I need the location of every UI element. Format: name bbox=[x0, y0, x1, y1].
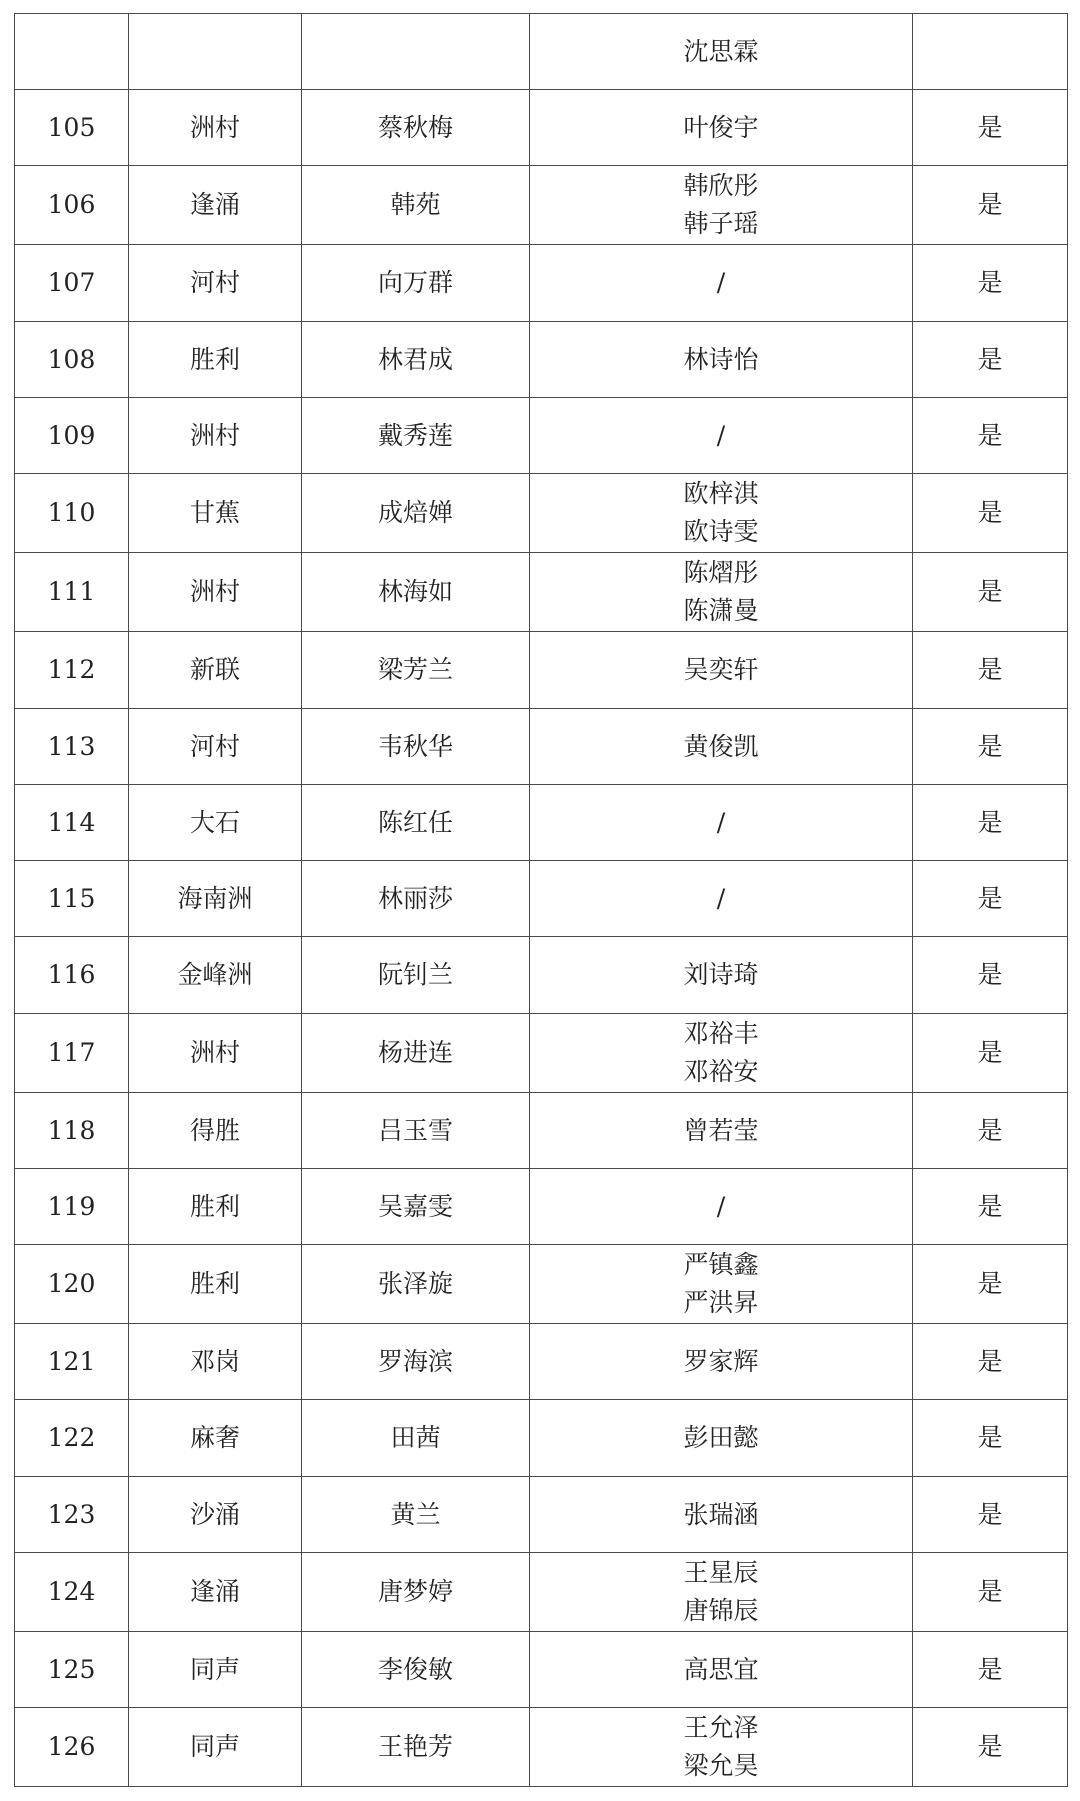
cell-flag: 是 bbox=[913, 632, 1068, 709]
cell-children: 韩欣彤韩子瑶 bbox=[530, 166, 913, 245]
cell-children: 刘诗琦 bbox=[530, 937, 913, 1014]
roster-table: 沈思霖 105洲村蔡秋梅叶俊宇是106逢涌韩苑韩欣彤韩子瑶是107河村向万群/是… bbox=[14, 13, 1068, 1787]
cell-village: 金峰洲 bbox=[129, 937, 302, 1014]
cell-flag: 是 bbox=[913, 1708, 1068, 1787]
table-row: 118得胜吕玉雪曾若莹是 bbox=[15, 1093, 1068, 1169]
child-name: 欧诗雯 bbox=[530, 513, 912, 551]
cell-name: 陈红任 bbox=[302, 785, 530, 861]
cell-flag: 是 bbox=[913, 785, 1068, 861]
cell-village: 邓岗 bbox=[129, 1324, 302, 1400]
cell-name: 张泽旋 bbox=[302, 1245, 530, 1324]
cell-village: 洲村 bbox=[129, 1014, 302, 1093]
cell-children: 严镇鑫严洪昇 bbox=[530, 1245, 913, 1324]
cell-no: 119 bbox=[15, 1169, 129, 1245]
table-row: 105洲村蔡秋梅叶俊宇是 bbox=[15, 90, 1068, 166]
cell-name: 杨进连 bbox=[302, 1014, 530, 1093]
table-row: 120胜利张泽旋严镇鑫严洪昇是 bbox=[15, 1245, 1068, 1324]
cell-flag: 是 bbox=[913, 709, 1068, 785]
child-name: 严洪昇 bbox=[530, 1284, 912, 1322]
cell-no: 113 bbox=[15, 709, 129, 785]
cell-children: / bbox=[530, 398, 913, 474]
table-row: 107河村向万群/是 bbox=[15, 245, 1068, 322]
cell-children: 黄俊凯 bbox=[530, 709, 913, 785]
cell-village: 河村 bbox=[129, 709, 302, 785]
table-row: 111洲村林海如陈熠彤陈潇曼是 bbox=[15, 553, 1068, 632]
cell-children: 欧梓淇欧诗雯 bbox=[530, 474, 913, 553]
cell-name: 吴嘉雯 bbox=[302, 1169, 530, 1245]
table-row: 125同声李俊敏高思宜是 bbox=[15, 1632, 1068, 1708]
cell-children: 彭田懿 bbox=[530, 1400, 913, 1477]
cell-no: 120 bbox=[15, 1245, 129, 1324]
cell-name: 唐梦婷 bbox=[302, 1553, 530, 1632]
table-row: 124逢涌唐梦婷王星辰唐锦辰是 bbox=[15, 1553, 1068, 1632]
cell-name: 林君成 bbox=[302, 322, 530, 398]
table-row: 112新联梁芳兰吴奕轩是 bbox=[15, 632, 1068, 709]
cell-village: 大石 bbox=[129, 785, 302, 861]
cell-children: 王允泽梁允昊 bbox=[530, 1708, 913, 1787]
cell-name: 阮钊兰 bbox=[302, 937, 530, 1014]
cell-village: 胜利 bbox=[129, 1169, 302, 1245]
cell-no: 124 bbox=[15, 1553, 129, 1632]
table-row: 122麻奢田茜彭田懿是 bbox=[15, 1400, 1068, 1477]
cell-name: 林丽莎 bbox=[302, 861, 530, 937]
child-name: 陈熠彤 bbox=[530, 554, 912, 592]
cell-name: 韩苑 bbox=[302, 166, 530, 245]
cell-village: 甘蕉 bbox=[129, 474, 302, 553]
cell-name: 向万群 bbox=[302, 245, 530, 322]
cell-flag: 是 bbox=[913, 1632, 1068, 1708]
cell-children: / bbox=[530, 1169, 913, 1245]
cell-flag: 是 bbox=[913, 553, 1068, 632]
cell-village: 洲村 bbox=[129, 90, 302, 166]
cell-flag: 是 bbox=[913, 1245, 1068, 1324]
cell-flag: 是 bbox=[913, 1400, 1068, 1477]
cell-no: 110 bbox=[15, 474, 129, 553]
cell-no: 125 bbox=[15, 1632, 129, 1708]
cell-no: 115 bbox=[15, 861, 129, 937]
cell-no: 114 bbox=[15, 785, 129, 861]
cell-children: / bbox=[530, 785, 913, 861]
cell-no bbox=[15, 14, 129, 90]
table-row: 114大石陈红任/是 bbox=[15, 785, 1068, 861]
cell-village: 逢涌 bbox=[129, 166, 302, 245]
cell-children: 陈熠彤陈潇曼 bbox=[530, 553, 913, 632]
cell-name: 田茜 bbox=[302, 1400, 530, 1477]
table-row: 109洲村戴秀莲/是 bbox=[15, 398, 1068, 474]
child-name: 吴奕轩 bbox=[530, 651, 912, 689]
table-row: 108胜利林君成林诗怡是 bbox=[15, 322, 1068, 398]
cell-no: 118 bbox=[15, 1093, 129, 1169]
cell-village: 洲村 bbox=[129, 553, 302, 632]
cell-name: 罗海滨 bbox=[302, 1324, 530, 1400]
child-name: 高思宜 bbox=[530, 1651, 912, 1689]
child-name: 韩子瑶 bbox=[530, 205, 912, 243]
cell-no: 126 bbox=[15, 1708, 129, 1787]
child-name: / bbox=[530, 417, 912, 455]
cell-village: 胜利 bbox=[129, 322, 302, 398]
cell-name: 吕玉雪 bbox=[302, 1093, 530, 1169]
cell-flag: 是 bbox=[913, 1553, 1068, 1632]
cell-village bbox=[129, 14, 302, 90]
child-name: / bbox=[530, 804, 912, 842]
cell-name: 梁芳兰 bbox=[302, 632, 530, 709]
cell-village: 胜利 bbox=[129, 1245, 302, 1324]
table-row: 117洲村杨进连邓裕丰邓裕安是 bbox=[15, 1014, 1068, 1093]
table-row: 121邓岗罗海滨罗家辉是 bbox=[15, 1324, 1068, 1400]
table-row: 126同声王艳芳王允泽梁允昊是 bbox=[15, 1708, 1068, 1787]
child-name: 林诗怡 bbox=[530, 341, 912, 379]
cell-village: 得胜 bbox=[129, 1093, 302, 1169]
child-name: 唐锦辰 bbox=[530, 1592, 912, 1630]
child-name: 刘诗琦 bbox=[530, 956, 912, 994]
child-name: 欧梓淇 bbox=[530, 475, 912, 513]
child-name: 张瑞涵 bbox=[530, 1496, 912, 1534]
cell-no: 112 bbox=[15, 632, 129, 709]
cell-flag: 是 bbox=[913, 861, 1068, 937]
cell-children: 吴奕轩 bbox=[530, 632, 913, 709]
cell-flag: 是 bbox=[913, 322, 1068, 398]
cell-flag: 是 bbox=[913, 398, 1068, 474]
child-name: 叶俊宇 bbox=[530, 109, 912, 147]
table-row: 113河村韦秋华黄俊凯是 bbox=[15, 709, 1068, 785]
cell-name: 韦秋华 bbox=[302, 709, 530, 785]
cell-children: / bbox=[530, 861, 913, 937]
cell-name bbox=[302, 14, 530, 90]
cell-flag bbox=[913, 14, 1068, 90]
cell-village: 逢涌 bbox=[129, 1553, 302, 1632]
cell-children: 王星辰唐锦辰 bbox=[530, 1553, 913, 1632]
cell-no: 106 bbox=[15, 166, 129, 245]
cell-children: 邓裕丰邓裕安 bbox=[530, 1014, 913, 1093]
cell-flag: 是 bbox=[913, 166, 1068, 245]
cell-children: 曾若莹 bbox=[530, 1093, 913, 1169]
cell-flag: 是 bbox=[913, 937, 1068, 1014]
cell-village: 海南洲 bbox=[129, 861, 302, 937]
cell-no: 122 bbox=[15, 1400, 129, 1477]
child-name: / bbox=[530, 1188, 912, 1226]
cell-children: 林诗怡 bbox=[530, 322, 913, 398]
cell-children: 高思宜 bbox=[530, 1632, 913, 1708]
cell-flag: 是 bbox=[913, 1477, 1068, 1553]
cell-children: 罗家辉 bbox=[530, 1324, 913, 1400]
cell-children: 叶俊宇 bbox=[530, 90, 913, 166]
cell-no: 121 bbox=[15, 1324, 129, 1400]
cell-name: 黄兰 bbox=[302, 1477, 530, 1553]
cell-name: 王艳芳 bbox=[302, 1708, 530, 1787]
cell-name: 戴秀莲 bbox=[302, 398, 530, 474]
child-name: 梁允昊 bbox=[530, 1747, 912, 1785]
roster-table-body: 沈思霖 105洲村蔡秋梅叶俊宇是106逢涌韩苑韩欣彤韩子瑶是107河村向万群/是… bbox=[15, 14, 1068, 1787]
cell-flag: 是 bbox=[913, 90, 1068, 166]
cell-name: 林海如 bbox=[302, 553, 530, 632]
cell-no: 108 bbox=[15, 322, 129, 398]
cell-village: 洲村 bbox=[129, 398, 302, 474]
table-row: 119胜利吴嘉雯/是 bbox=[15, 1169, 1068, 1245]
table-row: 110甘蕉成焙婵欧梓淇欧诗雯是 bbox=[15, 474, 1068, 553]
child-name: 沈思霖 bbox=[530, 33, 912, 71]
cell-no: 117 bbox=[15, 1014, 129, 1093]
cell-village: 沙涌 bbox=[129, 1477, 302, 1553]
table-row: 123沙涌黄兰张瑞涵是 bbox=[15, 1477, 1068, 1553]
cell-no: 123 bbox=[15, 1477, 129, 1553]
child-name: 彭田懿 bbox=[530, 1419, 912, 1457]
cell-village: 同声 bbox=[129, 1708, 302, 1787]
cell-no: 109 bbox=[15, 398, 129, 474]
cell-no: 116 bbox=[15, 937, 129, 1014]
cell-flag: 是 bbox=[913, 1169, 1068, 1245]
cell-children: / bbox=[530, 245, 913, 322]
child-name: 韩欣彤 bbox=[530, 167, 912, 205]
cell-no: 105 bbox=[15, 90, 129, 166]
child-name: / bbox=[530, 264, 912, 302]
table-row: 106逢涌韩苑韩欣彤韩子瑶是 bbox=[15, 166, 1068, 245]
cell-children: 沈思霖 bbox=[530, 14, 913, 90]
cell-flag: 是 bbox=[913, 1014, 1068, 1093]
table-row-partial: 沈思霖 bbox=[15, 14, 1068, 90]
cell-village: 麻奢 bbox=[129, 1400, 302, 1477]
cell-flag: 是 bbox=[913, 1324, 1068, 1400]
cell-flag: 是 bbox=[913, 1093, 1068, 1169]
child-name: 王允泽 bbox=[530, 1709, 912, 1747]
child-name: 黄俊凯 bbox=[530, 728, 912, 766]
child-name: 罗家辉 bbox=[530, 1343, 912, 1381]
cell-village: 河村 bbox=[129, 245, 302, 322]
cell-village: 新联 bbox=[129, 632, 302, 709]
child-name: 陈潇曼 bbox=[530, 592, 912, 630]
cell-children: 张瑞涵 bbox=[530, 1477, 913, 1553]
cell-no: 107 bbox=[15, 245, 129, 322]
cell-flag: 是 bbox=[913, 474, 1068, 553]
child-name: / bbox=[530, 880, 912, 918]
cell-name: 成焙婵 bbox=[302, 474, 530, 553]
child-name: 曾若莹 bbox=[530, 1112, 912, 1150]
child-name: 严镇鑫 bbox=[530, 1246, 912, 1284]
child-name: 王星辰 bbox=[530, 1554, 912, 1592]
cell-name: 蔡秋梅 bbox=[302, 90, 530, 166]
cell-flag: 是 bbox=[913, 245, 1068, 322]
child-name: 邓裕安 bbox=[530, 1053, 912, 1091]
child-name: 邓裕丰 bbox=[530, 1015, 912, 1053]
table-row: 116金峰洲阮钊兰刘诗琦是 bbox=[15, 937, 1068, 1014]
cell-name: 李俊敏 bbox=[302, 1632, 530, 1708]
cell-village: 同声 bbox=[129, 1632, 302, 1708]
cell-no: 111 bbox=[15, 553, 129, 632]
table-row: 115海南洲林丽莎/是 bbox=[15, 861, 1068, 937]
